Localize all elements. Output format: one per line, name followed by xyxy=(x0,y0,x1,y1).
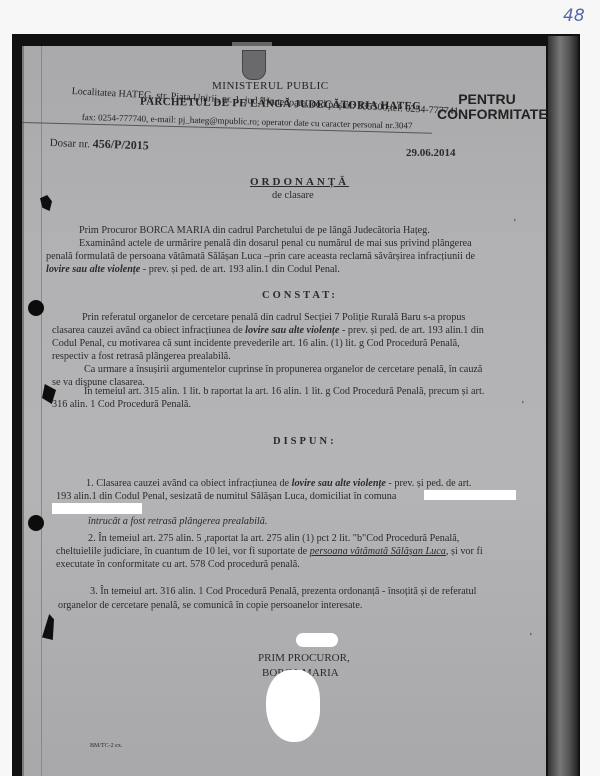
redacted-stamp xyxy=(266,670,320,742)
dispun-line: 193 alin.1 din Codul Penal, sesizată de … xyxy=(56,491,396,502)
offence-name: lovire sau alte violențe xyxy=(46,264,140,275)
constat-text: clasarea cauzei având ca obiect infracți… xyxy=(52,325,245,336)
document-date: 29.06.2014 xyxy=(406,147,456,159)
conformity-stamp: PENTRU CONFORMITATE xyxy=(437,92,537,122)
case-number-value: 456/P/2015 xyxy=(93,137,149,153)
dispun-line: 2. În temeiul art. 275 alin. 5 ,raportat… xyxy=(88,533,459,544)
document-subtitle: de clasare xyxy=(272,190,314,201)
dispun-text: 1. Clasarea cauzei având ca obiect infra… xyxy=(86,478,292,489)
stamp-line: CONFORMITATE xyxy=(437,107,537,122)
document-title: ORDONANȚĂ xyxy=(250,176,349,188)
offence-name: lovire sau alte violențe xyxy=(245,325,339,336)
case-label: Dosar nr. xyxy=(50,137,91,150)
dispun-line: 3. În temeiul art. 316 alin. 1 Cod Proce… xyxy=(90,586,476,597)
constat-line: Codul Penal, cu motivarea că sunt incide… xyxy=(52,338,460,349)
constat-text: - prev. și ped. de art. 193 alin.1 din xyxy=(339,325,483,336)
scan-edge-shadow xyxy=(548,36,578,776)
intro-text: - prev. și ped. de art. 193 alin.1 din C… xyxy=(140,264,340,275)
dispun-line: cheltuielile judiciare, în cuantum de 10… xyxy=(56,546,483,557)
dispun-text: - prev. și ped. de art. xyxy=(386,478,472,489)
intro-line: Examinând actele de urmărire penală din … xyxy=(79,238,472,249)
redacted-address xyxy=(424,490,516,500)
constat-line: clasarea cauzei având ca obiect infracți… xyxy=(52,325,484,336)
stamp-line: PENTRU xyxy=(437,92,537,107)
footer-code: BM/TC-2 ex. xyxy=(90,743,122,749)
dispun-text: , și vor fi xyxy=(446,546,483,557)
dispun-line: 1. Clasarea cauzei având ca obiect infra… xyxy=(86,478,471,489)
constat-heading: CONSTAT: xyxy=(262,290,338,301)
dispun-line: organelor de cercetare penală, se comuni… xyxy=(58,600,362,611)
constat-line: Ca urmare a însușirii argumentelor cupri… xyxy=(84,364,482,375)
dispun-line: executate în conformitate cu art. 578 Co… xyxy=(56,559,300,570)
intro-line: lovire sau alte violențe - prev. și ped.… xyxy=(46,264,340,275)
redacted-address xyxy=(52,503,142,514)
page-number: 48 xyxy=(563,6,585,26)
constat-line: Prin referatul organelor de cercetare pe… xyxy=(82,312,465,323)
dispun-text: cheltuielile judiciare, în cuantum de 10… xyxy=(56,546,310,557)
stray-mark: ' xyxy=(514,218,516,229)
ministry-name: MINISTERUL PUBLIC xyxy=(212,80,329,92)
dispun-line: întrucât a fost retrasă plângerea preala… xyxy=(88,516,267,527)
dispun-heading: DISPUN: xyxy=(273,436,337,447)
redacted-signature xyxy=(296,633,338,647)
constat-line: respectiv a fost retrasă plângerea preal… xyxy=(52,351,231,362)
punch-hole xyxy=(28,515,44,531)
coat-of-arms-icon xyxy=(242,50,266,80)
signature-role: PRIM PROCUROR, xyxy=(258,652,350,664)
punch-hole xyxy=(28,300,44,316)
intro-line: penală formulată de persoana vătămată Să… xyxy=(46,251,475,262)
offence-name: lovire sau alte violențe xyxy=(292,478,386,489)
header-smudge xyxy=(232,42,272,46)
stray-mark: ' xyxy=(530,632,532,643)
binder-fold-line xyxy=(41,46,42,776)
stray-mark: ' xyxy=(522,400,524,411)
constat-line: 316 alin. 1 Cod Procedură Penală. xyxy=(52,399,191,410)
constat-line: În temeiul art. 315 alin. 1 lit. b rapor… xyxy=(84,386,484,397)
injured-party: persoana vătămată Sălășan Luca xyxy=(310,546,446,557)
intro-line: Prim Procuror BORCA MARIA din cadrul Par… xyxy=(79,225,430,236)
